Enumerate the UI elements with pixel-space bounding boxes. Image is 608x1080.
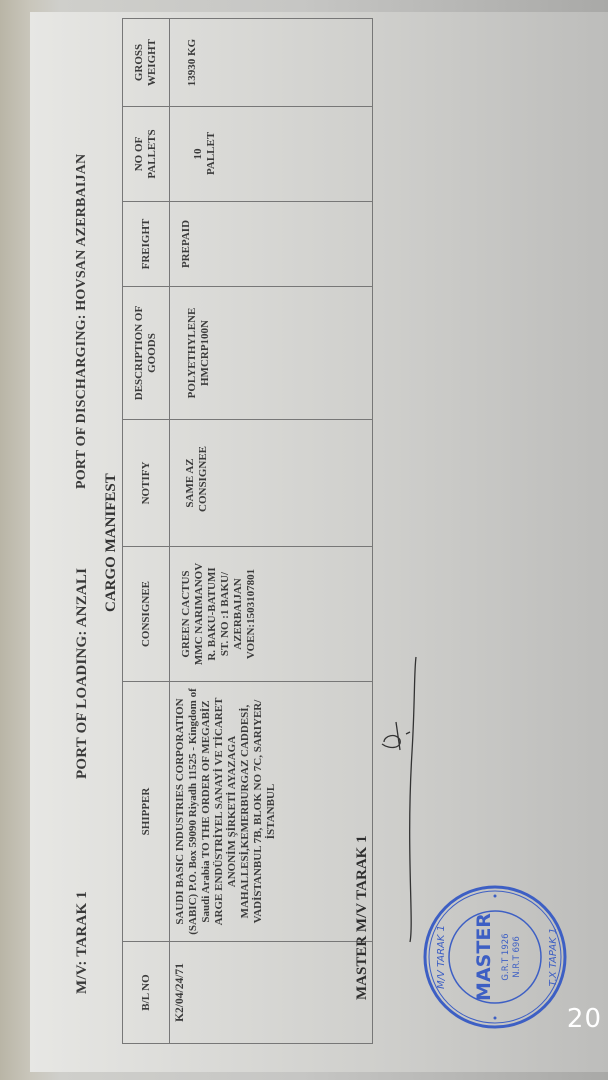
master-signature-label: MASTER M/V TARAK 1 <box>354 835 371 1000</box>
column-header-notify: NOTIFY <box>123 420 170 547</box>
stamp-ring-top: M/V TARAK 1 <box>436 925 447 989</box>
stamp-center-text: MASTER <box>473 913 495 1001</box>
cargo-manifest-table: B/L NO SHIPPER CONSIGNEE NOTIFY DESCRIPT… <box>122 18 373 1044</box>
port-of-discharging: PORT OF DISCHARGING: HOVSAN AZERBAIJAN <box>74 154 90 489</box>
cell-notify: SAME AZ CONSIGNEE <box>170 420 373 547</box>
cell-freight: PREPAID <box>170 202 373 287</box>
table-row: K2/04/24/71 SAUDI BASIC INDUSTRIES CORPO… <box>170 19 373 1044</box>
document-title: CARGO MANIFEST <box>103 473 120 612</box>
column-header-description: DESCRIPTION OF GOODS <box>123 287 170 420</box>
cell-pallets: 10 PALLET <box>170 107 373 202</box>
cell-consignee: GREEN CACTUS MMC NARIMANOV R. BAKU-BATUM… <box>170 547 373 682</box>
manifest-paper: M/V: TARAK 1 PORT OF LOADING: ANZALI POR… <box>30 12 608 1072</box>
column-header-consignee: CONSIGNEE <box>123 547 170 682</box>
column-header-shipper: SHIPPER <box>123 682 170 942</box>
master-stamp: MASTER G.R.T 1926 N.R.T 696 M/V TARAK 1 … <box>420 882 570 1032</box>
cell-gross-weight: 13930 KG <box>170 19 373 107</box>
port-of-loading: PORT OF LOADING: ANZALI <box>74 568 91 779</box>
rotated-document: M/V: TARAK 1 PORT OF LOADING: ANZALI POR… <box>0 0 608 1080</box>
column-header-bl-no: B/L NO <box>123 942 170 1044</box>
column-header-freight: FREIGHT <box>123 202 170 287</box>
column-header-gross-weight: GROSS WEIGHT <box>123 19 170 107</box>
table-header-row: B/L NO SHIPPER CONSIGNEE NOTIFY DESCRIPT… <box>123 19 170 1044</box>
stamp-ring-bottom: T.X TAPAK 1 <box>548 928 559 987</box>
cell-bl-no: K2/04/24/71 <box>170 942 373 1044</box>
page-counter: 20 <box>567 1004 602 1034</box>
stamp-grt: G.R.T 1926 <box>501 933 511 980</box>
cell-description: POLYETHYLENE HMCRP100N <box>170 287 373 420</box>
cell-shipper: SAUDI BASIC INDUSTRIES CORPORATION (SABI… <box>170 682 373 942</box>
vessel-name: M/V: TARAK 1 <box>74 891 91 994</box>
column-header-pallets: NO OF PALLETS <box>123 107 170 202</box>
stamp-nrt: N.R.T 696 <box>512 936 522 977</box>
